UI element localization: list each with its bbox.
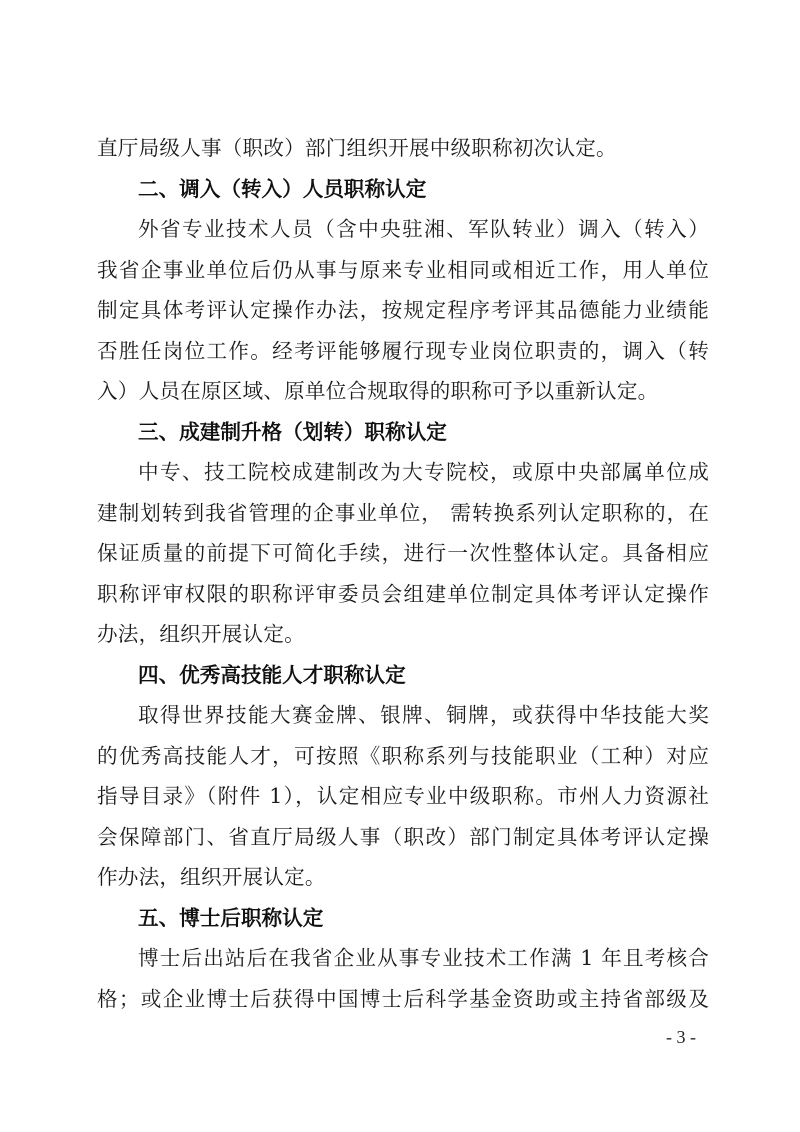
paragraph-line: 入）人员在原区域、原单位合规取得的职称可予以重新认定。	[97, 371, 709, 412]
paragraph-line: 博士后出站后在我省企业从事专业技术工作满 1 年且考核合	[97, 938, 709, 979]
paragraph-line: 否胜任岗位工作。经考评能够履行现专业岗位职责的，调入（转	[97, 331, 709, 372]
section-heading-2: 二、调入（转入）人员职称认定	[97, 169, 709, 210]
paragraph-section-3: 中专、技工院校成建制改为大专院校，或原中央部属单位成 建制划转到我省管理的企事业…	[97, 452, 709, 655]
paragraph-section-5: 博士后出站后在我省企业从事专业技术工作满 1 年且考核合 格；或企业博士后获得中…	[97, 938, 709, 1019]
paragraph-line: 建制划转到我省管理的企事业单位， 需转换系列认定职称的，在	[97, 493, 709, 534]
paragraph-line: 作办法，组织开展认定。	[97, 857, 709, 898]
paragraph-line: 的优秀高技能人才，可按照《职称系列与技能职业（工种）对应	[97, 736, 709, 777]
paragraph-line: 外省专业技术人员（含中央驻湘、军队转业）调入（转入）	[97, 209, 709, 250]
paragraph-line: 办法，组织开展认定。	[97, 614, 709, 655]
paragraph-line: 职称评审权限的职称评审委员会组建单位制定具体考评认定操作	[97, 574, 709, 615]
paragraph-line: 我省企事业单位后仍从事与原来专业相同或相近工作，用人单位	[97, 250, 709, 291]
paragraph-line: 会保障部门、省直厅局级人事（职改）部门制定具体考评认定操	[97, 817, 709, 858]
paragraph-line: 中专、技工院校成建制改为大专院校，或原中央部属单位成	[97, 452, 709, 493]
paragraph-line: 制定具体考评认定操作办法，按规定程序考评其品德能力业绩能	[97, 290, 709, 331]
paragraph-line: 指导目录》（附件 1），认定相应专业中级职称。市州人力资源社	[97, 776, 709, 817]
paragraph-section-2: 外省专业技术人员（含中央驻湘、军队转业）调入（转入） 我省企事业单位后仍从事与原…	[97, 209, 709, 412]
paragraph-section-4: 取得世界技能大赛金牌、银牌、铜牌，或获得中华技能大奖 的优秀高技能人才，可按照《…	[97, 695, 709, 898]
paragraph-line: 格；或企业博士后获得中国博士后科学基金资助或主持省部级及	[97, 979, 709, 1020]
paragraph-line: 取得世界技能大赛金牌、银牌、铜牌，或获得中华技能大奖	[97, 695, 709, 736]
page-number: - 3 -	[655, 1027, 707, 1048]
document-page: 直厅局级人事（职改）部门组织开展中级职称初次认定。 二、调入（转入）人员职称认定…	[97, 128, 709, 1019]
paragraph-line: 保证质量的前提下可简化手续，进行一次性整体认定。具备相应	[97, 533, 709, 574]
section-heading-3: 三、成建制升格（划转）职称认定	[97, 412, 709, 453]
paragraph-line: 直厅局级人事（职改）部门组织开展中级职称初次认定。	[97, 128, 709, 169]
section-heading-5: 五、博士后职称认定	[97, 898, 709, 939]
section-heading-4: 四、优秀高技能人才职称认定	[97, 655, 709, 696]
